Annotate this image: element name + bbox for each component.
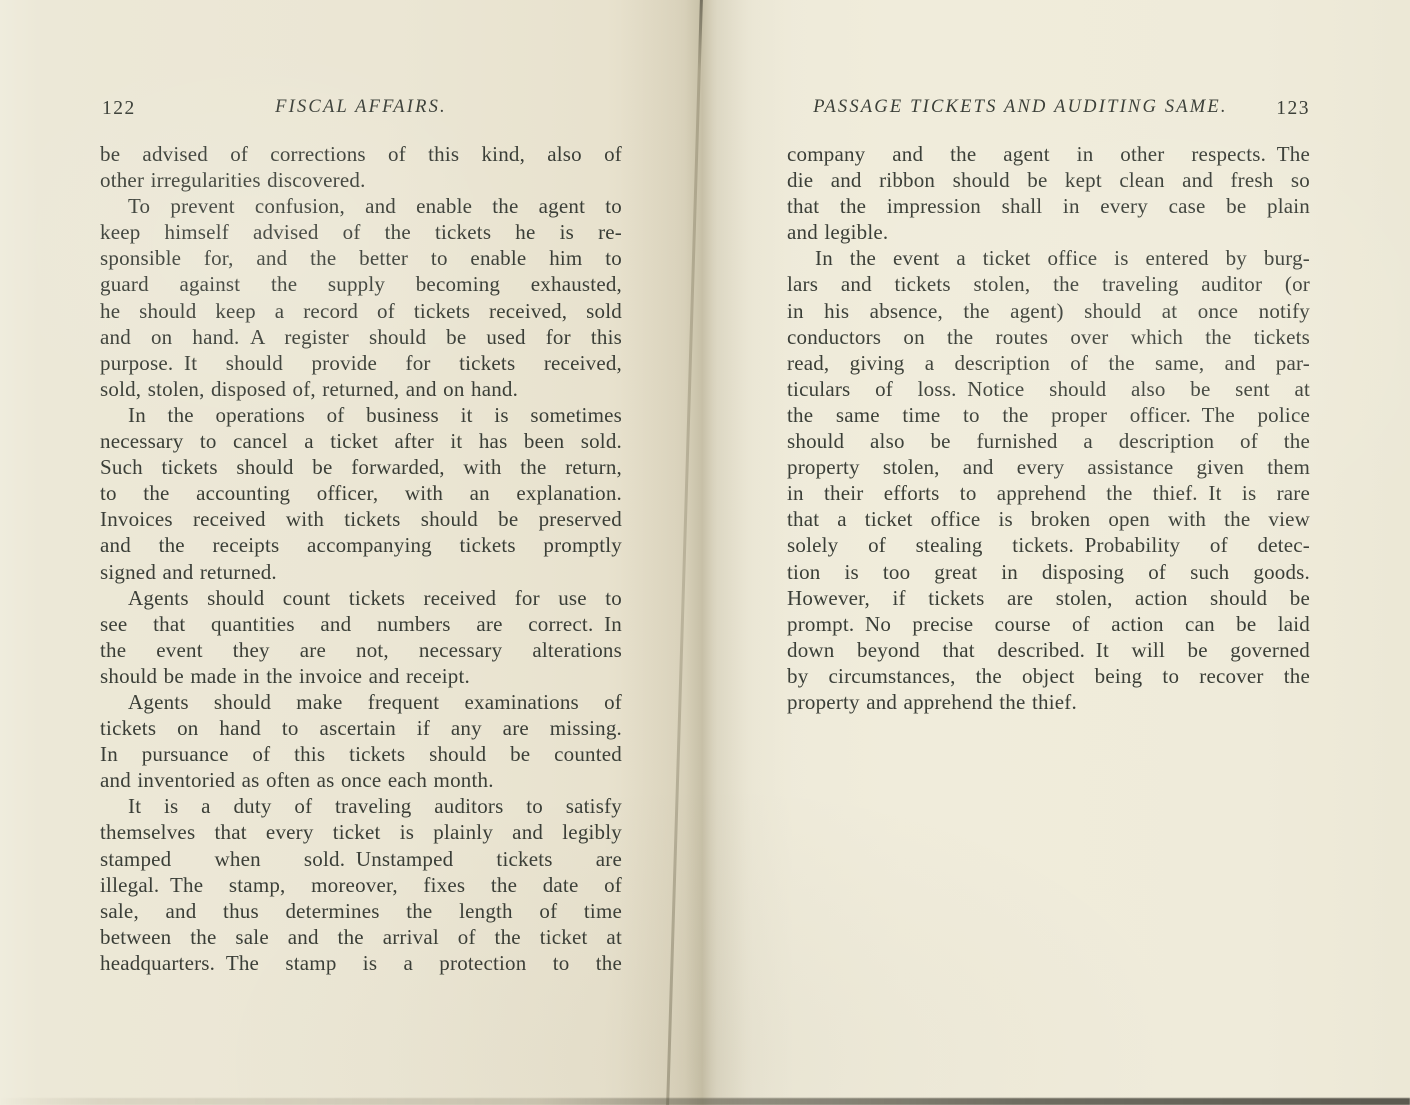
text-line: the event they are not, necessary altera…: [100, 637, 622, 663]
text-line: other irregularities discovered.: [100, 167, 622, 193]
text-line: tickets on hand to ascertain if any are …: [100, 715, 622, 741]
text-line: In pursuance of this tickets should be c…: [100, 741, 622, 767]
text-line: company and the agent in other respects.…: [787, 141, 1310, 167]
text-line: guard against the supply becoming exhaus…: [100, 271, 622, 297]
text-line: sale, and thus determines the length of …: [100, 898, 622, 924]
text-line: themselves that every ticket is plainly …: [100, 819, 622, 845]
text-line: and legible.: [787, 219, 1310, 245]
text-line: illegal. The stamp, moreover, fixes the …: [100, 872, 622, 898]
text-line: sold, stolen, disposed of, returned, and…: [100, 376, 622, 402]
running-title-right: PASSAGE TICKETS AND AUDITING SAME.: [787, 97, 1310, 118]
book-spread: 122 FISCAL AFFAIRS. be advised of correc…: [0, 0, 1410, 1105]
text-line: headquarters. The stamp is a protection …: [100, 950, 622, 976]
text-line: However, if tickets are stolen, action s…: [787, 585, 1310, 611]
text-line: To prevent confusion, and enable the age…: [100, 193, 622, 219]
text-line: conductors on the routes over which the …: [787, 324, 1310, 350]
text-line: property and apprehend the thief.: [787, 689, 1310, 715]
page-body-left: be advised of corrections of this kind, …: [100, 141, 622, 976]
text-line: lars and tickets stolen, the traveling a…: [787, 271, 1310, 297]
text-line: keep himself advised of the tickets he i…: [100, 219, 622, 245]
text-line: tion is too great in disposing of such g…: [787, 559, 1310, 585]
text-line: read, giving a description of the same, …: [787, 350, 1310, 376]
text-line: he should keep a record of tickets recei…: [100, 298, 622, 324]
text-line: down beyond that described. It will be g…: [787, 637, 1310, 663]
text-line: and inventoried as often as once each mo…: [100, 767, 622, 793]
text-column-left: 122 FISCAL AFFAIRS. be advised of correc…: [100, 0, 622, 1105]
text-line: stamped when sold. Unstamped tickets are: [100, 846, 622, 872]
page-header-right: PASSAGE TICKETS AND AUDITING SAME. 123: [787, 97, 1310, 125]
page-right: PASSAGE TICKETS AND AUDITING SAME. 123 c…: [703, 0, 1410, 1105]
text-column-right: PASSAGE TICKETS AND AUDITING SAME. 123 c…: [787, 0, 1310, 1105]
text-line: purpose. It should provide for tickets r…: [100, 350, 622, 376]
running-title-left: FISCAL AFFAIRS.: [100, 97, 622, 118]
text-line: that the impression shall in every case …: [787, 193, 1310, 219]
text-line: solely of stealing tickets. Probability …: [787, 532, 1310, 558]
text-line: in their efforts to apprehend the thief.…: [787, 480, 1310, 506]
page-header-left: 122 FISCAL AFFAIRS.: [100, 97, 622, 125]
text-line: by circumstances, the object being to re…: [787, 663, 1310, 689]
text-line: in his absence, the agent) should at onc…: [787, 298, 1310, 324]
text-line: sponsible for, and the better to enable …: [100, 245, 622, 271]
page-body-right: company and the agent in other respects.…: [787, 141, 1310, 715]
text-line: should also be furnished a description o…: [787, 428, 1310, 454]
text-line: and on hand. A register should be used f…: [100, 324, 622, 350]
text-line: Invoices received with tickets should be…: [100, 506, 622, 532]
text-line: and the receipts accompanying tickets pr…: [100, 532, 622, 558]
text-line: In the operations of business it is some…: [100, 402, 622, 428]
page-number-left: 122: [102, 98, 136, 120]
text-line: to the accounting officer, with an expla…: [100, 480, 622, 506]
text-line: that a ticket office is broken open with…: [787, 506, 1310, 532]
text-line: Agents should make frequent examinations…: [100, 689, 622, 715]
text-line: Agents should count tickets received for…: [100, 585, 622, 611]
text-line: should be made in the invoice and receip…: [100, 663, 622, 689]
text-line: be advised of corrections of this kind, …: [100, 141, 622, 167]
text-line: property stolen, and every assistance gi…: [787, 454, 1310, 480]
text-line: It is a duty of traveling auditors to sa…: [100, 793, 622, 819]
text-line: see that quantities and numbers are corr…: [100, 611, 622, 637]
text-line: prompt. No precise course of action can …: [787, 611, 1310, 637]
text-line: the same time to the proper officer. The…: [787, 402, 1310, 428]
text-line: signed and returned.: [100, 559, 622, 585]
text-line: between the sale and the arrival of the …: [100, 924, 622, 950]
page-left: 122 FISCAL AFFAIRS. be advised of correc…: [0, 0, 703, 1105]
text-line: Such tickets should be forwarded, with t…: [100, 454, 622, 480]
page-number-right: 123: [1276, 98, 1310, 120]
text-line: In the event a ticket office is entered …: [787, 245, 1310, 271]
text-line: die and ribbon should be kept clean and …: [787, 167, 1310, 193]
text-line: ticulars of loss. Notice should also be …: [787, 376, 1310, 402]
text-line: necessary to cancel a ticket after it ha…: [100, 428, 622, 454]
